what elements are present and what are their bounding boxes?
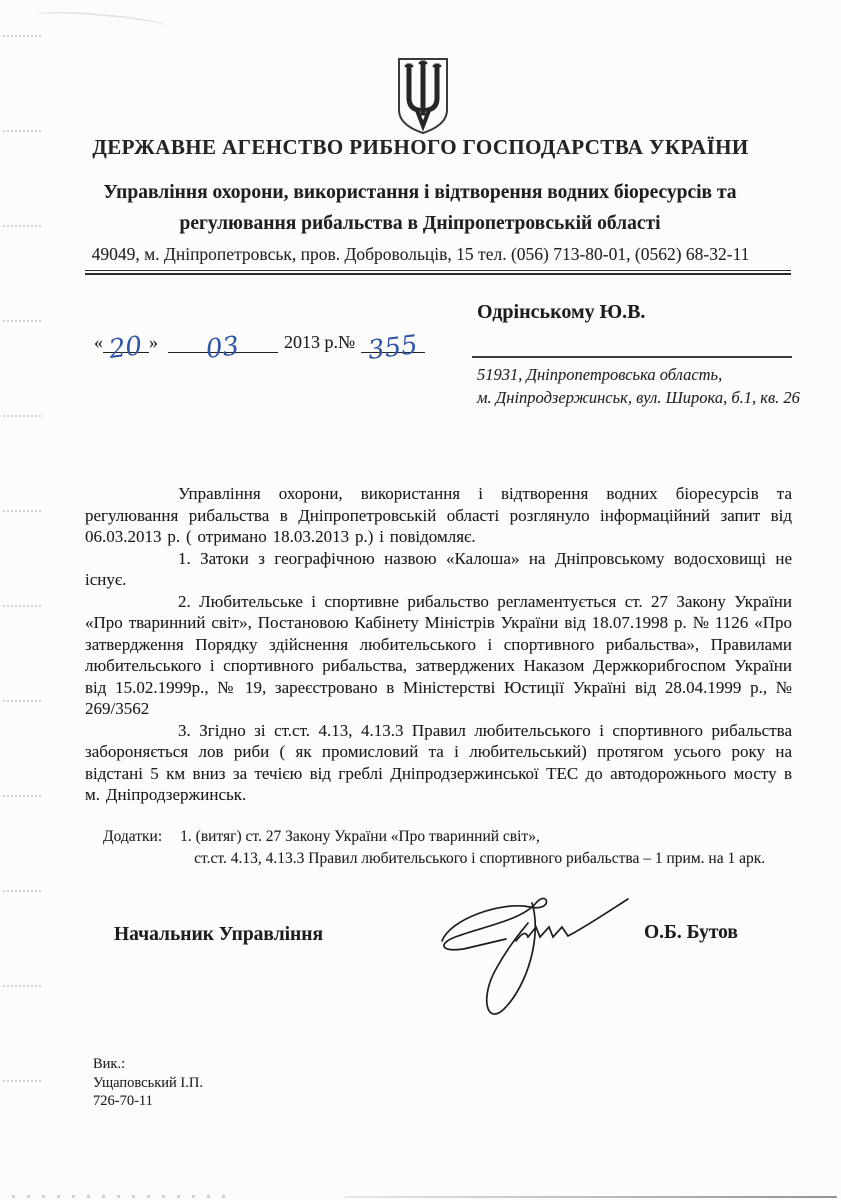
date-year-label: 2013 р.№ (284, 332, 355, 353)
scan-noise-dash (3, 700, 41, 702)
recipient-address-rule (472, 356, 792, 358)
attachments-lines: 1. (витяг) ст. 27 Закону України «Про тв… (180, 826, 765, 870)
letter-body: Управління охорони, використання і відтв… (85, 483, 792, 806)
executor-phone: 726-70-11 (93, 1092, 203, 1111)
contact-line: 49049, м. Дніпропетровськ, пров. Доброво… (0, 244, 841, 265)
scan-noise-dash (3, 130, 41, 132)
scan-edge-specks (12, 1195, 232, 1198)
signature-scribble-icon (420, 883, 655, 1028)
date-day-blank: 20 (103, 328, 149, 353)
date-month-blank: 03 (168, 328, 278, 353)
scan-noise-dash (3, 890, 41, 892)
signatory-name: О.Б. Бутов (644, 922, 738, 944)
scan-noise-dash (3, 605, 41, 607)
department-title: Управління охорони, використання і відтв… (55, 177, 785, 239)
recipient-address-line2: м. Дніпродзержинськ, вул. Широка, б.1, к… (477, 387, 800, 410)
attachments-line1: 1. (витяг) ст. 27 Закону України «Про тв… (180, 826, 765, 848)
date-day-handwritten: 20 (108, 331, 145, 365)
recipient-address-line1: 51931, Дніпропетровська область, (477, 364, 800, 387)
scan-smudge (36, 8, 169, 33)
trident-shield-emblem-icon (394, 56, 452, 136)
scan-noise-dash (3, 35, 41, 37)
date-and-number-line: « 20 » 03 2013 р.№ 355 (94, 328, 425, 353)
department-title-line2: регулювання рибальства в Дніпропетровськ… (55, 208, 785, 239)
scan-noise-dash (3, 320, 41, 322)
recipient-address: 51931, Дніпропетровська область, м. Дніп… (477, 364, 800, 409)
body-paragraph-item2: 2. Любительське і спортивне рибальство р… (85, 591, 792, 720)
executor-name: Ущаповський І.П. (93, 1074, 203, 1093)
executor-block: Вик.: Ущаповський І.П. 726-70-11 (93, 1055, 203, 1111)
scan-noise-dash (3, 415, 41, 417)
doc-number-blank: 355 (361, 328, 425, 353)
executor-label: Вик.: (93, 1055, 203, 1074)
attachments-block: Додатки: 1. (витяг) ст. 27 Закону Україн… (103, 826, 765, 870)
doc-number-handwritten: 355 (367, 330, 420, 366)
recipient-name: Одрінському Ю.В. (477, 301, 645, 324)
scan-noise-dash (3, 1080, 41, 1082)
scan-noise-dash (3, 510, 41, 512)
date-open-quote: « (94, 332, 103, 353)
scan-noise-dash (3, 795, 41, 797)
agency-title: ДЕРЖАВНЕ АГЕНСТВО РИБНОГО ГОСПОДАРСТВА У… (0, 135, 841, 160)
date-close-quote: » (149, 332, 158, 353)
header-rule (85, 270, 791, 275)
scan-noise-dash (3, 225, 41, 227)
scan-edge-bar (345, 1196, 837, 1199)
body-paragraph-item3: 3. Згідно зі ст.ст. 4.13, 4.13.3 Правил … (85, 720, 792, 806)
scan-noise-dash (3, 985, 41, 987)
date-month-handwritten: 03 (205, 331, 242, 365)
scanned-letter-page: ДЕРЖАВНЕ АГЕНСТВО РИБНОГО ГОСПОДАРСТВА У… (0, 0, 841, 1200)
attachments-line2: ст.ст. 4.13, 4.13.3 Правил любительськог… (194, 848, 765, 870)
body-paragraph-intro: Управління охорони, використання і відтв… (85, 483, 792, 548)
attachments-label: Додатки: (103, 826, 162, 870)
body-paragraph-item1: 1. Затоки з географічною назвою «Калоша»… (85, 548, 792, 591)
signatory-position: Начальник Управління (114, 924, 323, 946)
department-title-line1: Управління охорони, використання і відтв… (55, 177, 785, 208)
